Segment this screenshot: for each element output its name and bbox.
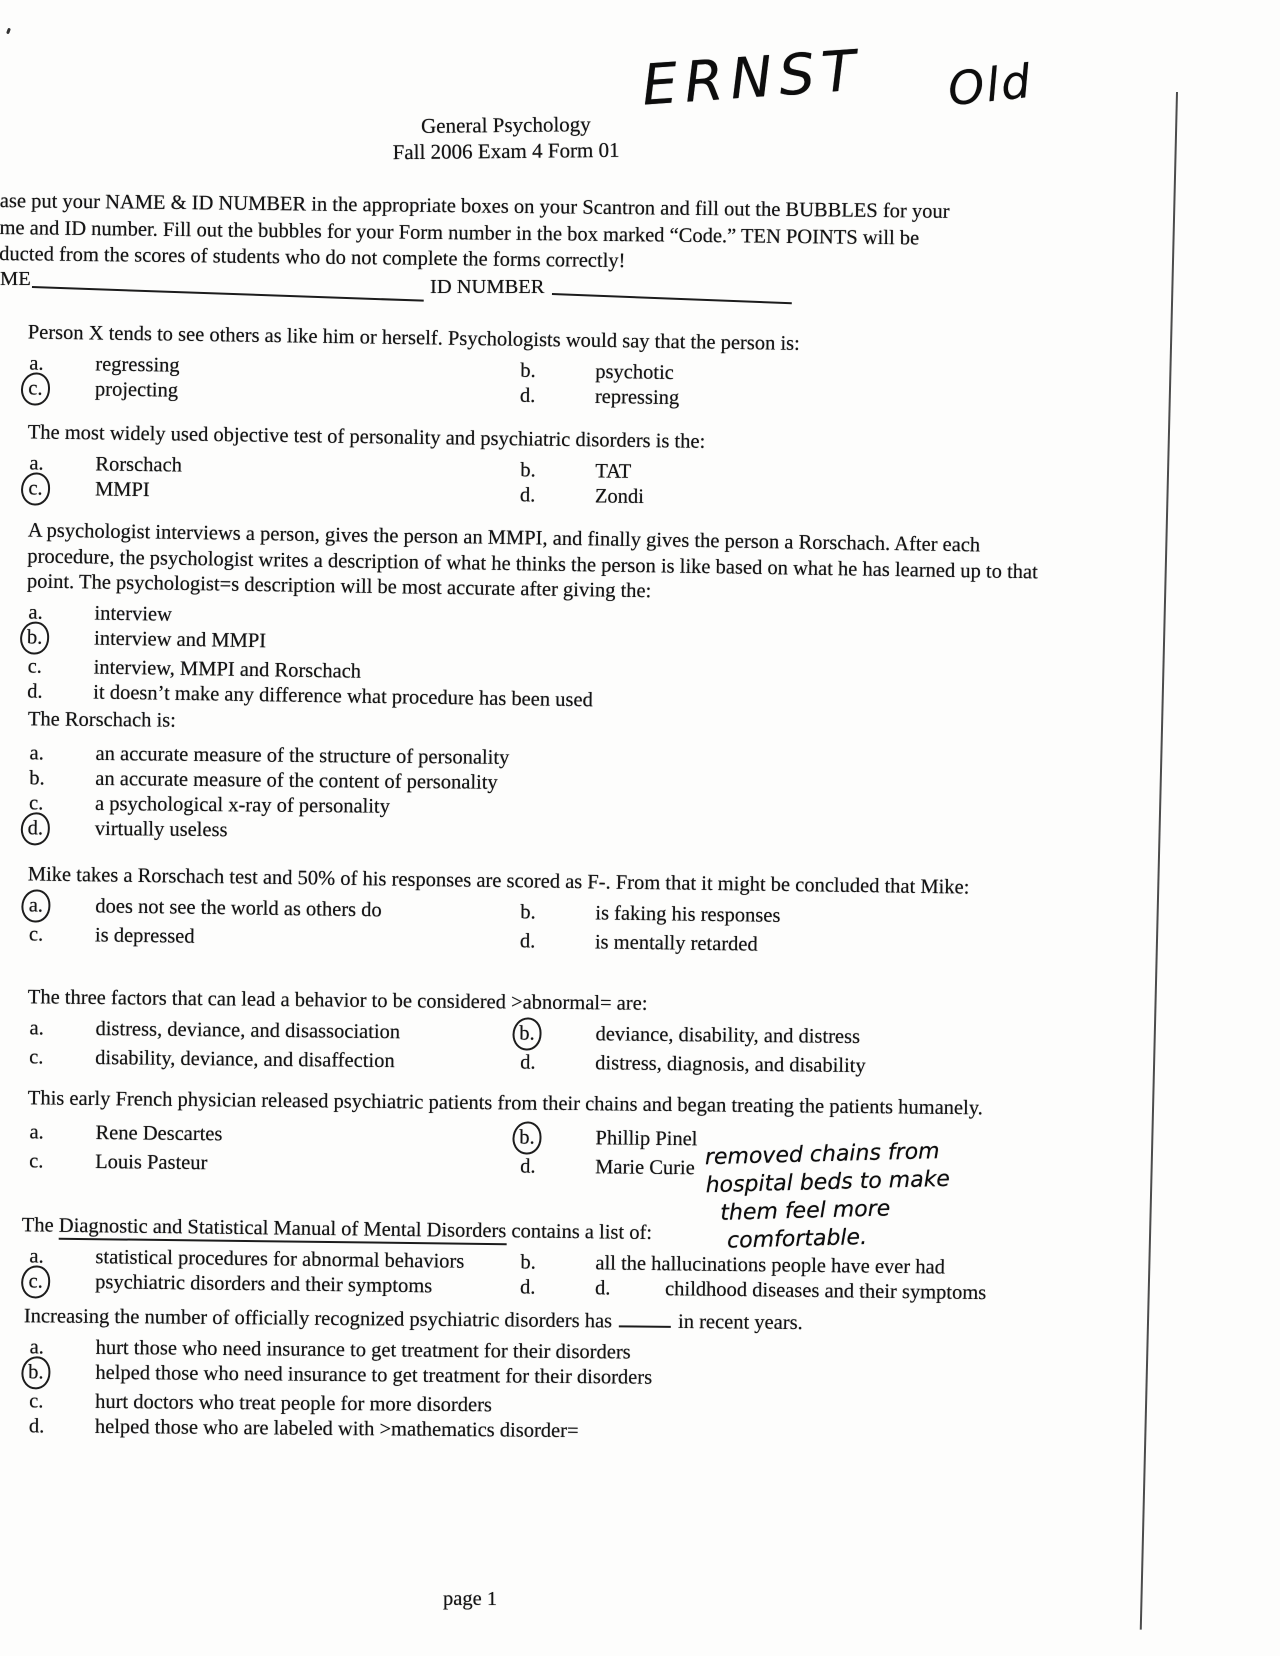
option-text: interview and MMPI	[94, 627, 266, 652]
option-text: repressing	[595, 385, 680, 408]
option-letter: b.	[520, 1125, 595, 1155]
option-text: an accurate measure of the content of pe…	[95, 767, 498, 793]
option-text: distress, diagnosis, and disability	[595, 1052, 866, 1077]
question-stem: This early French physician released psy…	[28, 1086, 1028, 1122]
answer-circle: b.	[20, 621, 50, 654]
option-letter: b.	[0, 624, 94, 655]
answer-circle: b.	[21, 1356, 50, 1389]
option-text: MMPI	[95, 477, 520, 508]
option-text: distress, deviance, and disassociation	[95, 1017, 520, 1046]
option-text: all the hallucinations people have ever …	[595, 1252, 945, 1278]
option-letter: d.	[0, 678, 93, 705]
option-text: projecting	[95, 377, 520, 408]
option-text: disability, deviance, and disaffection	[95, 1046, 520, 1075]
option-text: Marie Curie	[595, 1156, 695, 1179]
option-letter: a.	[0, 1334, 96, 1360]
option-letter: d.	[520, 1275, 595, 1301]
option-letter: a.	[0, 1119, 96, 1145]
option-text: hurt doctors who treat people for more d…	[95, 1390, 492, 1415]
answer-circle: c.	[21, 1265, 50, 1298]
option-text: a psychological x-ray of personality	[95, 792, 390, 817]
option-text: Rene Descartes	[95, 1121, 520, 1150]
question-1: Person X tends to see others as like him…	[0, 320, 1085, 421]
option-text: is mentally retarded	[595, 931, 758, 955]
name-label: ME	[0, 268, 31, 291]
id-number-underline	[552, 293, 792, 304]
page-number: page 1	[443, 1588, 497, 1611]
option-letter: c.	[0, 475, 95, 505]
option-letter: c.	[0, 653, 94, 680]
option-letter: b.	[0, 1359, 96, 1389]
option-text: hurt those who need insurance to get tre…	[96, 1336, 631, 1363]
answer-circle: b.	[512, 1017, 541, 1050]
option-text: childhood diseases and their symptoms	[665, 1278, 986, 1304]
question-stem: A psychologist interviews a person, give…	[27, 518, 1043, 610]
option-letter: d.	[595, 1276, 665, 1302]
option-letter: b.	[520, 458, 595, 484]
option-text: an accurate measure of the structure of …	[95, 742, 509, 768]
scan-speck	[6, 28, 11, 35]
question-9: Increasing the number of officially reco…	[0, 1304, 1085, 1448]
option-text: Louis Pasteur	[95, 1150, 520, 1179]
handwritten-student-name: ERNST	[640, 38, 865, 118]
option-letter: a.	[0, 1243, 96, 1269]
question-stem: Increasing the number of officially reco…	[24, 1304, 1036, 1338]
option-text: TAT	[595, 460, 631, 482]
option-letter: c.	[0, 1044, 95, 1070]
answer-circle: c.	[21, 472, 50, 505]
option-text: Phillip Pinel	[595, 1127, 697, 1150]
option-letter: c.	[0, 790, 95, 816]
option-text: does not see the world as others do	[95, 894, 520, 925]
option-letter: a.	[0, 740, 96, 766]
option-letter: b.	[520, 900, 595, 926]
option-text: deviance, disability, and distress	[595, 1023, 860, 1048]
option-letter: c.	[0, 921, 95, 947]
option-letter: b.	[520, 1250, 595, 1276]
exam-header: General Psychology Fall 2006 Exam 4 Form…	[0, 107, 1012, 170]
option-letter: d.	[520, 1050, 595, 1076]
id-number-label: ID NUMBER	[430, 276, 544, 299]
instructions: ase put your NAME & ID NUMBER in the app…	[0, 188, 950, 278]
option-letter: c.	[0, 1388, 95, 1414]
question-stem: The three factors that can lead a behavi…	[28, 985, 1040, 1021]
option-letter: a.	[0, 599, 95, 626]
scan-edge-line	[1140, 92, 1178, 1630]
underlined-title: Diagnostic and Statistical Manual of Men…	[59, 1215, 507, 1245]
option-letter: c.	[0, 1148, 95, 1174]
option-letter: d.	[520, 483, 595, 509]
option-letter: b.	[0, 765, 95, 791]
option-letter: a.	[0, 350, 96, 376]
answer-circle: a.	[21, 889, 50, 922]
option-letter: d.	[0, 1413, 95, 1439]
exam-page: ERNST Old General Psychology Fall 2006 E…	[0, 0, 1280, 1656]
option-letter: d.	[520, 929, 595, 955]
option-letter: a.	[0, 1015, 96, 1041]
question-3: A psychologist interviews a person, give…	[0, 518, 1085, 721]
question-8: The Diagnostic and Statistical Manual of…	[0, 1213, 1085, 1311]
option-text: virtually useless	[95, 817, 228, 840]
option-letter: d.	[520, 383, 595, 409]
option-text: psychiatric disorders and their symptoms	[95, 1270, 520, 1300]
question-6: The three factors that can lead a behavi…	[0, 985, 1085, 1081]
option-text: is depressed	[95, 923, 520, 954]
option-letter: d.	[520, 1154, 595, 1180]
option-letter: a.	[0, 892, 96, 922]
answer-circle: d.	[21, 812, 50, 845]
option-letter: d.	[0, 815, 95, 845]
question-4: The Rorschach is: a.an accurate measure …	[0, 707, 1085, 855]
option-letter: b.	[520, 1021, 595, 1051]
option-text: is faking his responses	[595, 902, 780, 927]
option-text: helped those who need insurance to get t…	[95, 1361, 652, 1388]
option-text: interview	[94, 602, 172, 625]
name-underline	[32, 286, 424, 302]
option-letter: c.	[0, 375, 95, 405]
option-text: helped those who are labeled with >mathe…	[95, 1415, 579, 1441]
option-letter: b.	[520, 358, 595, 384]
question-5: Mike takes a Rorschach test and 50% of h…	[0, 862, 1085, 962]
option-text: interview, MMPI and Rorschach	[93, 656, 361, 682]
option-text: psychotic	[595, 360, 674, 383]
option-letter: c.	[0, 1268, 95, 1298]
question-2: The most widely used objective test of p…	[0, 420, 1085, 520]
fill-in-blank	[619, 1310, 671, 1327]
answer-circle: b.	[512, 1121, 541, 1154]
answer-circle: c.	[21, 372, 50, 405]
option-letter: a.	[0, 450, 96, 476]
option-text: Zondi	[595, 485, 644, 508]
